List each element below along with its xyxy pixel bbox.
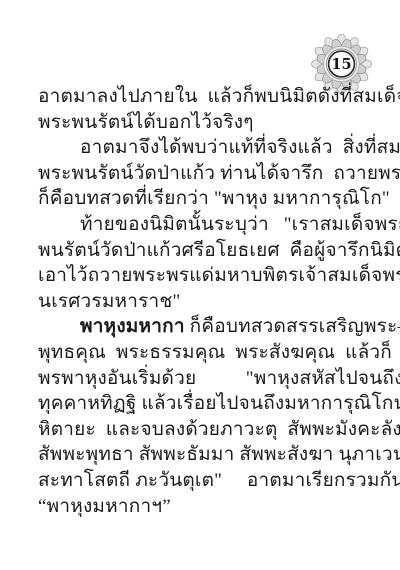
text-line-7: พนรัตน์วัดป่าแก้วศรีอโยธเยศ คือผู้จารึกน… xyxy=(38,238,362,264)
body-text: อาตมาลงไปภายใน แล้วก็พบนิมิตดังที่สมเด็จ… xyxy=(38,84,362,519)
text-line-14: หิตายะ และจบลงด้วยภาวะตุ สัพพะมังคะลัง xyxy=(38,417,362,443)
text-line-6: ท้ายของนิมิตนั้นระบุว่า "เราสมเด็จพระ– xyxy=(38,212,362,238)
text-line-2: พระพนรัตน์ได้บอกไว้จริงๆ xyxy=(38,110,362,136)
text-line-10-rest: ก็คือบทสวดสรรเสริญพระ– xyxy=(185,316,400,337)
page-number: 15 xyxy=(331,56,351,73)
text-line-1: อาตมาลงไปภายใน แล้วก็พบนิมิตดังที่สมเด็จ… xyxy=(38,84,362,110)
text-line-15: สัพพะพุทธา สัพพะธัมมา สัพพะสังฆา นุภาเวน… xyxy=(38,442,362,468)
bold-chant-title: พาหุงมหากา xyxy=(80,316,185,337)
text-line-4: พระพนรัตน์วัดป่าแก้ว ท่านได้จารึก ถวายพร… xyxy=(38,161,362,187)
text-line-8: เอาไว้ถวายพระพรแด่มหาบพิตรเจ้าสมเด็จพระ– xyxy=(38,263,362,289)
text-line-12: พรพาหุงอันเริ่มด้วย "พาหุงสหัสไปจนถึง xyxy=(38,366,362,392)
book-page: 15 อาตมาลงไปภายใน แล้วก็พบนิมิตดังที่สมเ… xyxy=(0,0,400,570)
text-line-16: สะทาโสตถี ภะวันตุเต" อาตมาเรียกรวมกันว่า xyxy=(38,468,362,494)
text-line-13: ทุคคาหทิฏฐิ แล้วเรื่อยไปจนถึงมหาการุณิโก… xyxy=(38,391,362,417)
text-line-9: นเรศวรมหาราช" xyxy=(38,289,362,315)
text-line-10: พาหุงมหากา ก็คือบทสวดสรรเสริญพระ– xyxy=(38,314,362,340)
text-line-3: อาตมาจึงได้พบว่าแท้ที่จริงแล้ว สิ่งที่สม… xyxy=(38,135,362,161)
text-line-11: พุทธคุณ พระธรรมคุณ พระสังฆคุณ แล้วก็ xyxy=(38,340,362,366)
text-line-17: “พาหุงมหากาฯ” xyxy=(38,494,362,520)
text-line-5: ก็คือบทสวดที่เรียกว่า "พาหุง มหาการุณิโก… xyxy=(38,186,362,212)
